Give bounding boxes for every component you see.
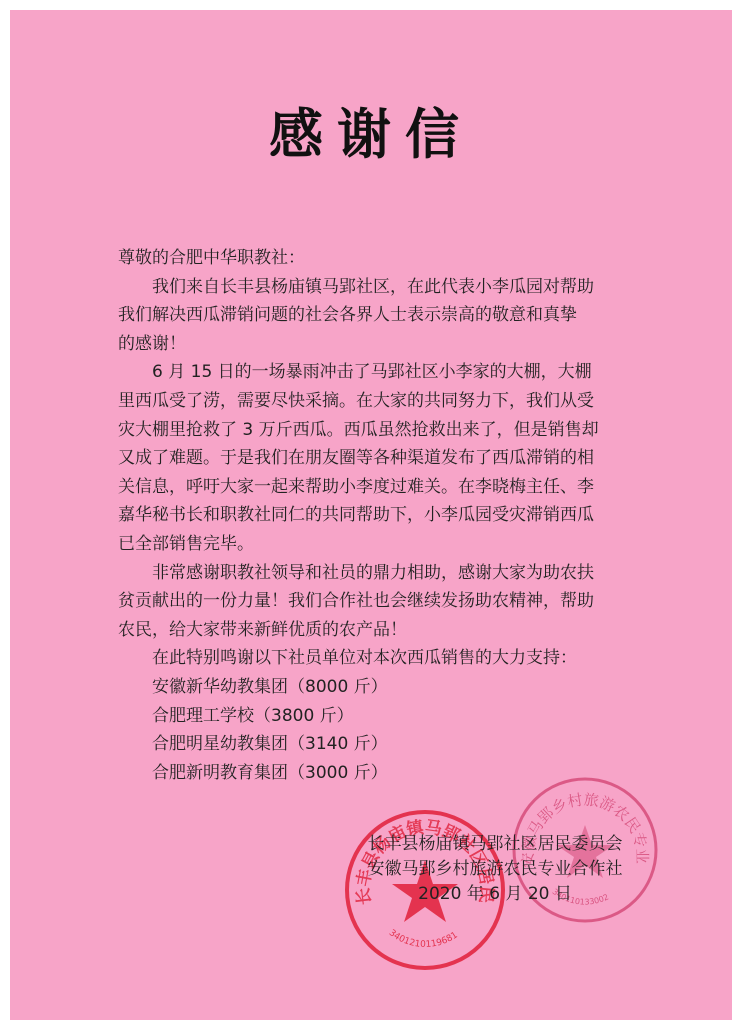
paragraph-1-line: 我们来自长丰县杨庙镇马郢社区，在此代表小李瓜园对帮助 (118, 273, 638, 302)
paragraph-3-line: 农民，给大家带来新鲜优质的农产品！ (118, 616, 638, 645)
paragraph-3-line: 非常感谢职教社领导和社员的鼎力相助，感谢大家为助农扶 (118, 559, 638, 588)
supporter-amount: （3140 斤） (288, 734, 388, 754)
supporter-amount: （3000 斤） (288, 763, 388, 783)
signature-block: 长丰县杨庙镇马郢社区居民委员会 安徽马郢乡村旅游农民专业合作社 2020 年 6… (340, 832, 650, 907)
signature-date: 2020 年 6 月 20 日 (340, 882, 650, 907)
paragraph-2-line: 灾大棚里抢救了 3 万斤西瓜。西瓜虽然抢救出来了，但是销售却 (118, 416, 638, 445)
salutation: 尊敬的合肥中华职教社： (118, 244, 638, 273)
paragraph-3-line: 贫贡献出的一份力量！我们合作社也会继续发扬助农精神，帮助 (118, 587, 638, 616)
paragraph-2-line: 已全部销售完毕。 (118, 530, 638, 559)
paragraph-1-line: 我们解决西瓜滞销问题的社会各界人士表示崇高的敬意和真挚 (118, 301, 638, 330)
supporter-name: 安徽新华幼教集团 (152, 677, 288, 697)
supporter-amount: （3800 斤） (254, 706, 354, 726)
paragraph-2-line: 嘉华秘书长和职教社同仁的共同帮助下，小李瓜园受灾滞销西瓜 (118, 501, 638, 530)
supporter-name: 合肥新明教育集团 (152, 763, 288, 783)
letter-title: 感谢信 (10, 92, 732, 169)
paragraph-1-line: 的感谢！ (118, 330, 638, 359)
paragraph-2-line: 关信息，呼吁大家一起来帮助小李度过难关。在李晓梅主任、李 (118, 473, 638, 502)
supporter-item: 合肥明星幼教集团（3140 斤） (118, 730, 638, 759)
supporter-item: 合肥理工学校（3800 斤） (118, 702, 638, 731)
paragraph-2-line: 又成了难题。于是我们在朋友圈等各种渠道发布了西瓜滞销的相 (118, 444, 638, 473)
acknowledgement-line: 在此特别鸣谢以下社员单位对本次西瓜销售的大力支持： (118, 644, 638, 673)
letter-body: 尊敬的合肥中华职教社： 我们来自长丰县杨庙镇马郢社区，在此代表小李瓜园对帮助 我… (118, 244, 638, 787)
paragraph-2-line: 6 月 15 日的一场暴雨冲击了马郢社区小李家的大棚，大棚 (118, 358, 638, 387)
paragraph-2-line: 里西瓜受了涝，需要尽快采摘。在大家的共同努力下，我们从受 (118, 387, 638, 416)
supporter-name: 合肥理工学校 (152, 706, 254, 726)
supporter-amount: （8000 斤） (288, 677, 388, 697)
signature-org-1: 长丰县杨庙镇马郢社区居民委员会 (340, 832, 650, 857)
signature-org-2: 安徽马郢乡村旅游农民专业合作社 (340, 857, 650, 882)
supporter-name: 合肥明星幼教集团 (152, 734, 288, 754)
svg-text:3401210119681: 3401210119681 (387, 928, 460, 950)
supporter-item: 安徽新华幼教集团（8000 斤） (118, 673, 638, 702)
letter-page: 感谢信 尊敬的合肥中华职教社： 我们来自长丰县杨庙镇马郢社区，在此代表小李瓜园对… (10, 10, 732, 1020)
